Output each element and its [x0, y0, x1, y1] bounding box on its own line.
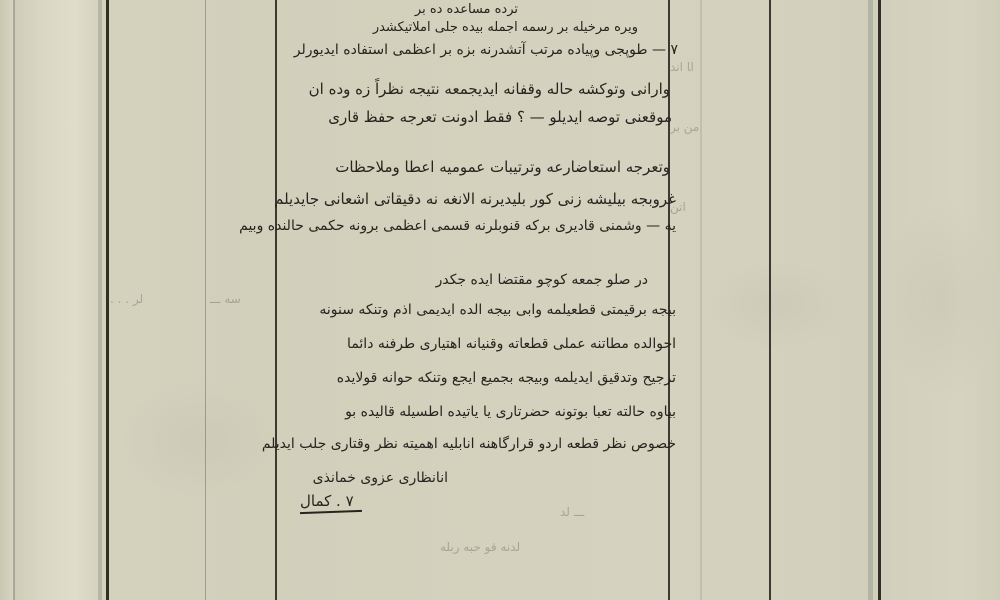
faint-rule — [700, 0, 702, 600]
paper-stain — [700, 260, 850, 350]
margin-rule-right-thick — [878, 0, 881, 600]
bleed-through-text: ﻣﻦ ﺑﺮ — [670, 120, 699, 134]
paper-stain — [880, 200, 1000, 400]
text-line: خصوص نظر قطعه اردو قرارگاهنه انابلیه اهم… — [262, 436, 676, 452]
margin-shadow-right — [868, 0, 873, 600]
text-line: ۷ — طوپجی وپیاده مرتب آتشدرنه بزه بر اعظ… — [294, 42, 678, 58]
bleed-through-text: ﻟﺮ . . . — [110, 292, 143, 306]
text-line: یه — وشمنی قادیری برکه قنوبلرنه قسمی اعظ… — [239, 218, 676, 234]
margin-rule-left-thick — [106, 0, 109, 600]
text-line: موقعنی توصه ایدیلو — ؟ فقط ادونت تعرجه ح… — [328, 108, 672, 126]
text-line: وارانی وتوکشه حاله وقفانه ایدیجمعه نتیجه… — [309, 80, 670, 98]
signature: ۷ . کمال — [300, 492, 354, 510]
text-line: وتعرجه استعاضارعه وترتیبات عمومیه اعطا و… — [335, 158, 670, 176]
text-line: بیاوه حالته تعبا بوتونه حضرتاری یا یاتید… — [345, 404, 676, 420]
text-line: ترجیح وتدقیق ایدیلمه وبیجه بجمیع ایجع وت… — [337, 370, 676, 386]
bleed-through-text: ﺍﺎ ﺍﻧﺪ — [670, 60, 694, 74]
text-line: بیجه برقیمتی قطعیلمه وابی بیجه الده ایدی… — [319, 302, 676, 318]
margin-shadow-left — [98, 0, 102, 600]
page-fold-edge — [13, 0, 15, 600]
text-line: ویره مرخیله بر رسمه اجمله بیده جلی املات… — [373, 20, 638, 35]
text-line: احوالده مطاتنه عملی قطعاته وقنیانه اهتیا… — [347, 336, 676, 352]
bleed-through-text: ﺳﻪ ـــ — [210, 292, 241, 306]
text-line: غروبجه بیلیشه زنی کور بلیدیرنه الانغه نه… — [274, 190, 676, 208]
text-line: در صلو جمعه کوچو مقتضا ایده جکدر — [436, 272, 648, 288]
margin-rule-left-thin — [205, 0, 206, 600]
paper-stain — [120, 380, 280, 500]
text-line: ترده مساعده ده بر — [415, 2, 518, 17]
text-line: انانظاری عزوی خمانذی — [313, 470, 448, 486]
margin-rule-right-thin — [769, 0, 771, 600]
